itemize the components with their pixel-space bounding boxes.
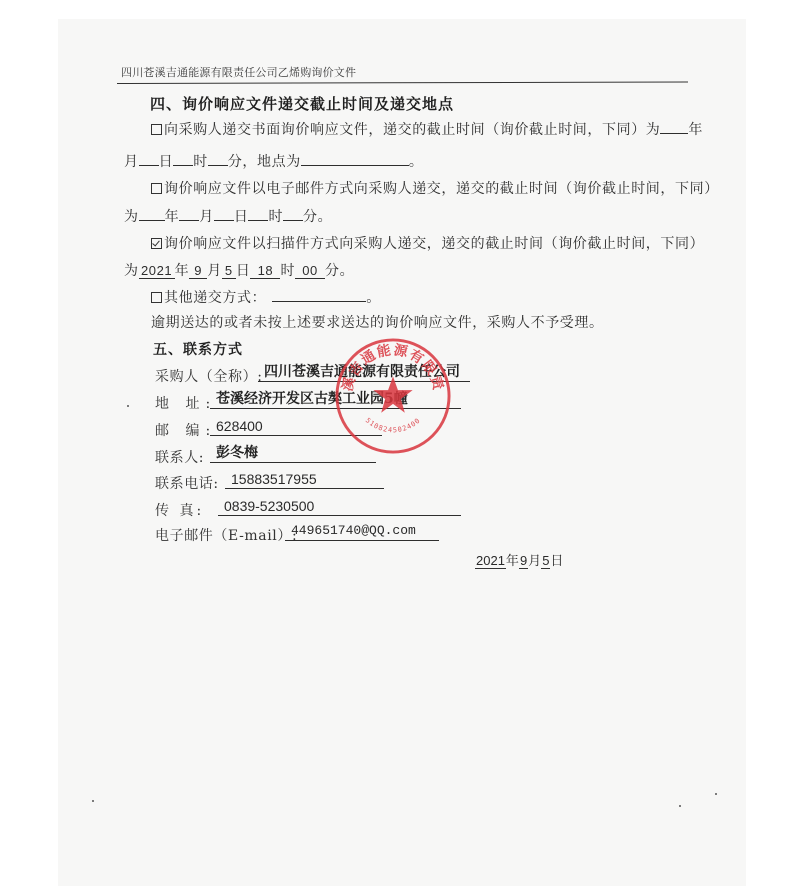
email-value[interactable]: 449651740@QQ.com <box>285 523 439 541</box>
contact-person-value: 彭冬梅 <box>210 445 376 463</box>
option-paper-line1: 向采购人递交书面询价响应文件，递交的截止时间（询价截止时间，下同）为年 <box>151 119 703 139</box>
purchaser-label: 采购人（全称）: <box>155 366 263 386</box>
day-label: 日 <box>234 209 249 225</box>
scan-month-value[interactable]: 9 <box>189 264 207 279</box>
section-5-title: 五、联系方式 <box>153 339 243 359</box>
signature-date: 2021年9月5日 <box>475 550 563 569</box>
scan-speck <box>127 405 129 407</box>
paper-year-blank[interactable] <box>660 119 688 134</box>
paper-day-blank[interactable] <box>139 151 159 166</box>
other-method-blank[interactable] <box>272 287 366 302</box>
postcode-label: 邮 编: <box>155 420 216 440</box>
sig-year: 2021 <box>475 553 506 569</box>
year-label: 年 <box>506 554 519 569</box>
period: 。 <box>409 154 424 170</box>
fax-label: 传 真: <box>155 500 204 520</box>
postcode-value: 628400 <box>210 418 382 436</box>
scan-speck <box>92 800 94 802</box>
option-paper-line2: 月日时分，地点为。 <box>124 151 423 171</box>
month-label: 月 <box>124 154 139 170</box>
document-header: 四川苍溪吉通能源有限责任公司乙烯购询价文件 <box>121 64 356 80</box>
contact-person-label: 联系人: <box>155 447 204 467</box>
phone-label: 联系电话: <box>155 473 219 493</box>
scan-day-value[interactable]: 5 <box>222 264 236 279</box>
prefix: 为 <box>124 209 139 225</box>
option-other-checkbox[interactable] <box>151 292 162 303</box>
email-month-blank[interactable] <box>179 206 199 221</box>
option-scan-line2: 为2021年9月5日18时00分。 <box>124 260 354 280</box>
scan-hour-value[interactable]: 18 <box>250 264 280 279</box>
address-label: 地 址: <box>155 393 216 413</box>
option-paper-text: 向采购人递交书面询价响应文件，递交的截止时间（询价截止时间，下同）为 <box>164 122 660 138</box>
hour-label: 时 <box>280 263 295 279</box>
option-scan-checkbox[interactable] <box>151 238 162 249</box>
email-hour-blank[interactable] <box>248 206 268 221</box>
email-minute-blank[interactable] <box>283 206 303 221</box>
scan-minute-value[interactable]: 00 <box>295 264 325 279</box>
email-day-blank[interactable] <box>214 206 234 221</box>
prefix: 为 <box>124 263 139 279</box>
scan-speck <box>679 805 681 807</box>
address-value: 苍溪经济开发区古獒工业园5幢 <box>210 391 461 409</box>
option-paper-checkbox[interactable] <box>151 124 162 135</box>
option-other-text: 其他递交方式： <box>164 290 266 306</box>
day-label: 日 <box>236 263 251 279</box>
purchaser-value: 四川苍溪吉通能源有限责任公司 <box>258 364 470 382</box>
option-email-checkbox[interactable] <box>151 183 162 194</box>
scan-speck <box>715 793 717 795</box>
option-email-line2: 为年月日时分。 <box>124 206 332 226</box>
option-scan-line1: 询价响应文件以扫描件方式向采购人递交，递交的截止时间（询价截止时间，下同） <box>151 233 704 253</box>
paper-minute-blank[interactable] <box>208 151 228 166</box>
hour-label: 时 <box>268 209 283 225</box>
late-submission-notice: 逾期送达的或者未按上述要求送达的询价响应文件，采购人不予受理。 <box>151 312 604 332</box>
year-label: 年 <box>165 209 180 225</box>
phone-value[interactable]: 15883517955 <box>225 471 384 489</box>
fax-value: 0839-5230500 <box>218 498 461 516</box>
minute-location-label: 分，地点为 <box>228 154 301 170</box>
month-label: 月 <box>199 209 214 225</box>
year-label: 年 <box>688 122 703 138</box>
email-label: 电子邮件（E-mail）: <box>155 525 297 545</box>
option-scan-text: 询价响应文件以扫描件方式向采购人递交，递交的截止时间（询价截止时间，下同） <box>164 236 704 252</box>
period: 。 <box>366 290 381 306</box>
minute-label: 分。 <box>303 209 332 225</box>
option-email-text: 询价响应文件以电子邮件方式向采购人递交，递交的截止时间（询价截止时间，下同） <box>164 181 719 197</box>
minute-label: 分。 <box>325 263 354 279</box>
email-year-blank[interactable] <box>139 206 165 221</box>
paper-location-blank[interactable] <box>301 151 409 166</box>
option-other-line: 其他递交方式：。 <box>151 287 381 307</box>
option-email-line1: 询价响应文件以电子邮件方式向采购人递交，递交的截止时间（询价截止时间，下同） <box>151 178 719 198</box>
paper-hour-blank[interactable] <box>173 151 193 166</box>
hour-label: 时 <box>193 154 208 170</box>
day-label: 日 <box>550 554 563 569</box>
sig-month: 9 <box>519 553 528 569</box>
section-4-title: 四、询价响应文件递交截止时间及递交地点 <box>150 93 454 114</box>
day-label: 日 <box>159 154 174 170</box>
year-label: 年 <box>175 263 190 279</box>
scan-year-value[interactable]: 2021 <box>139 264 175 279</box>
month-label: 月 <box>207 263 222 279</box>
month-label: 月 <box>528 554 541 569</box>
